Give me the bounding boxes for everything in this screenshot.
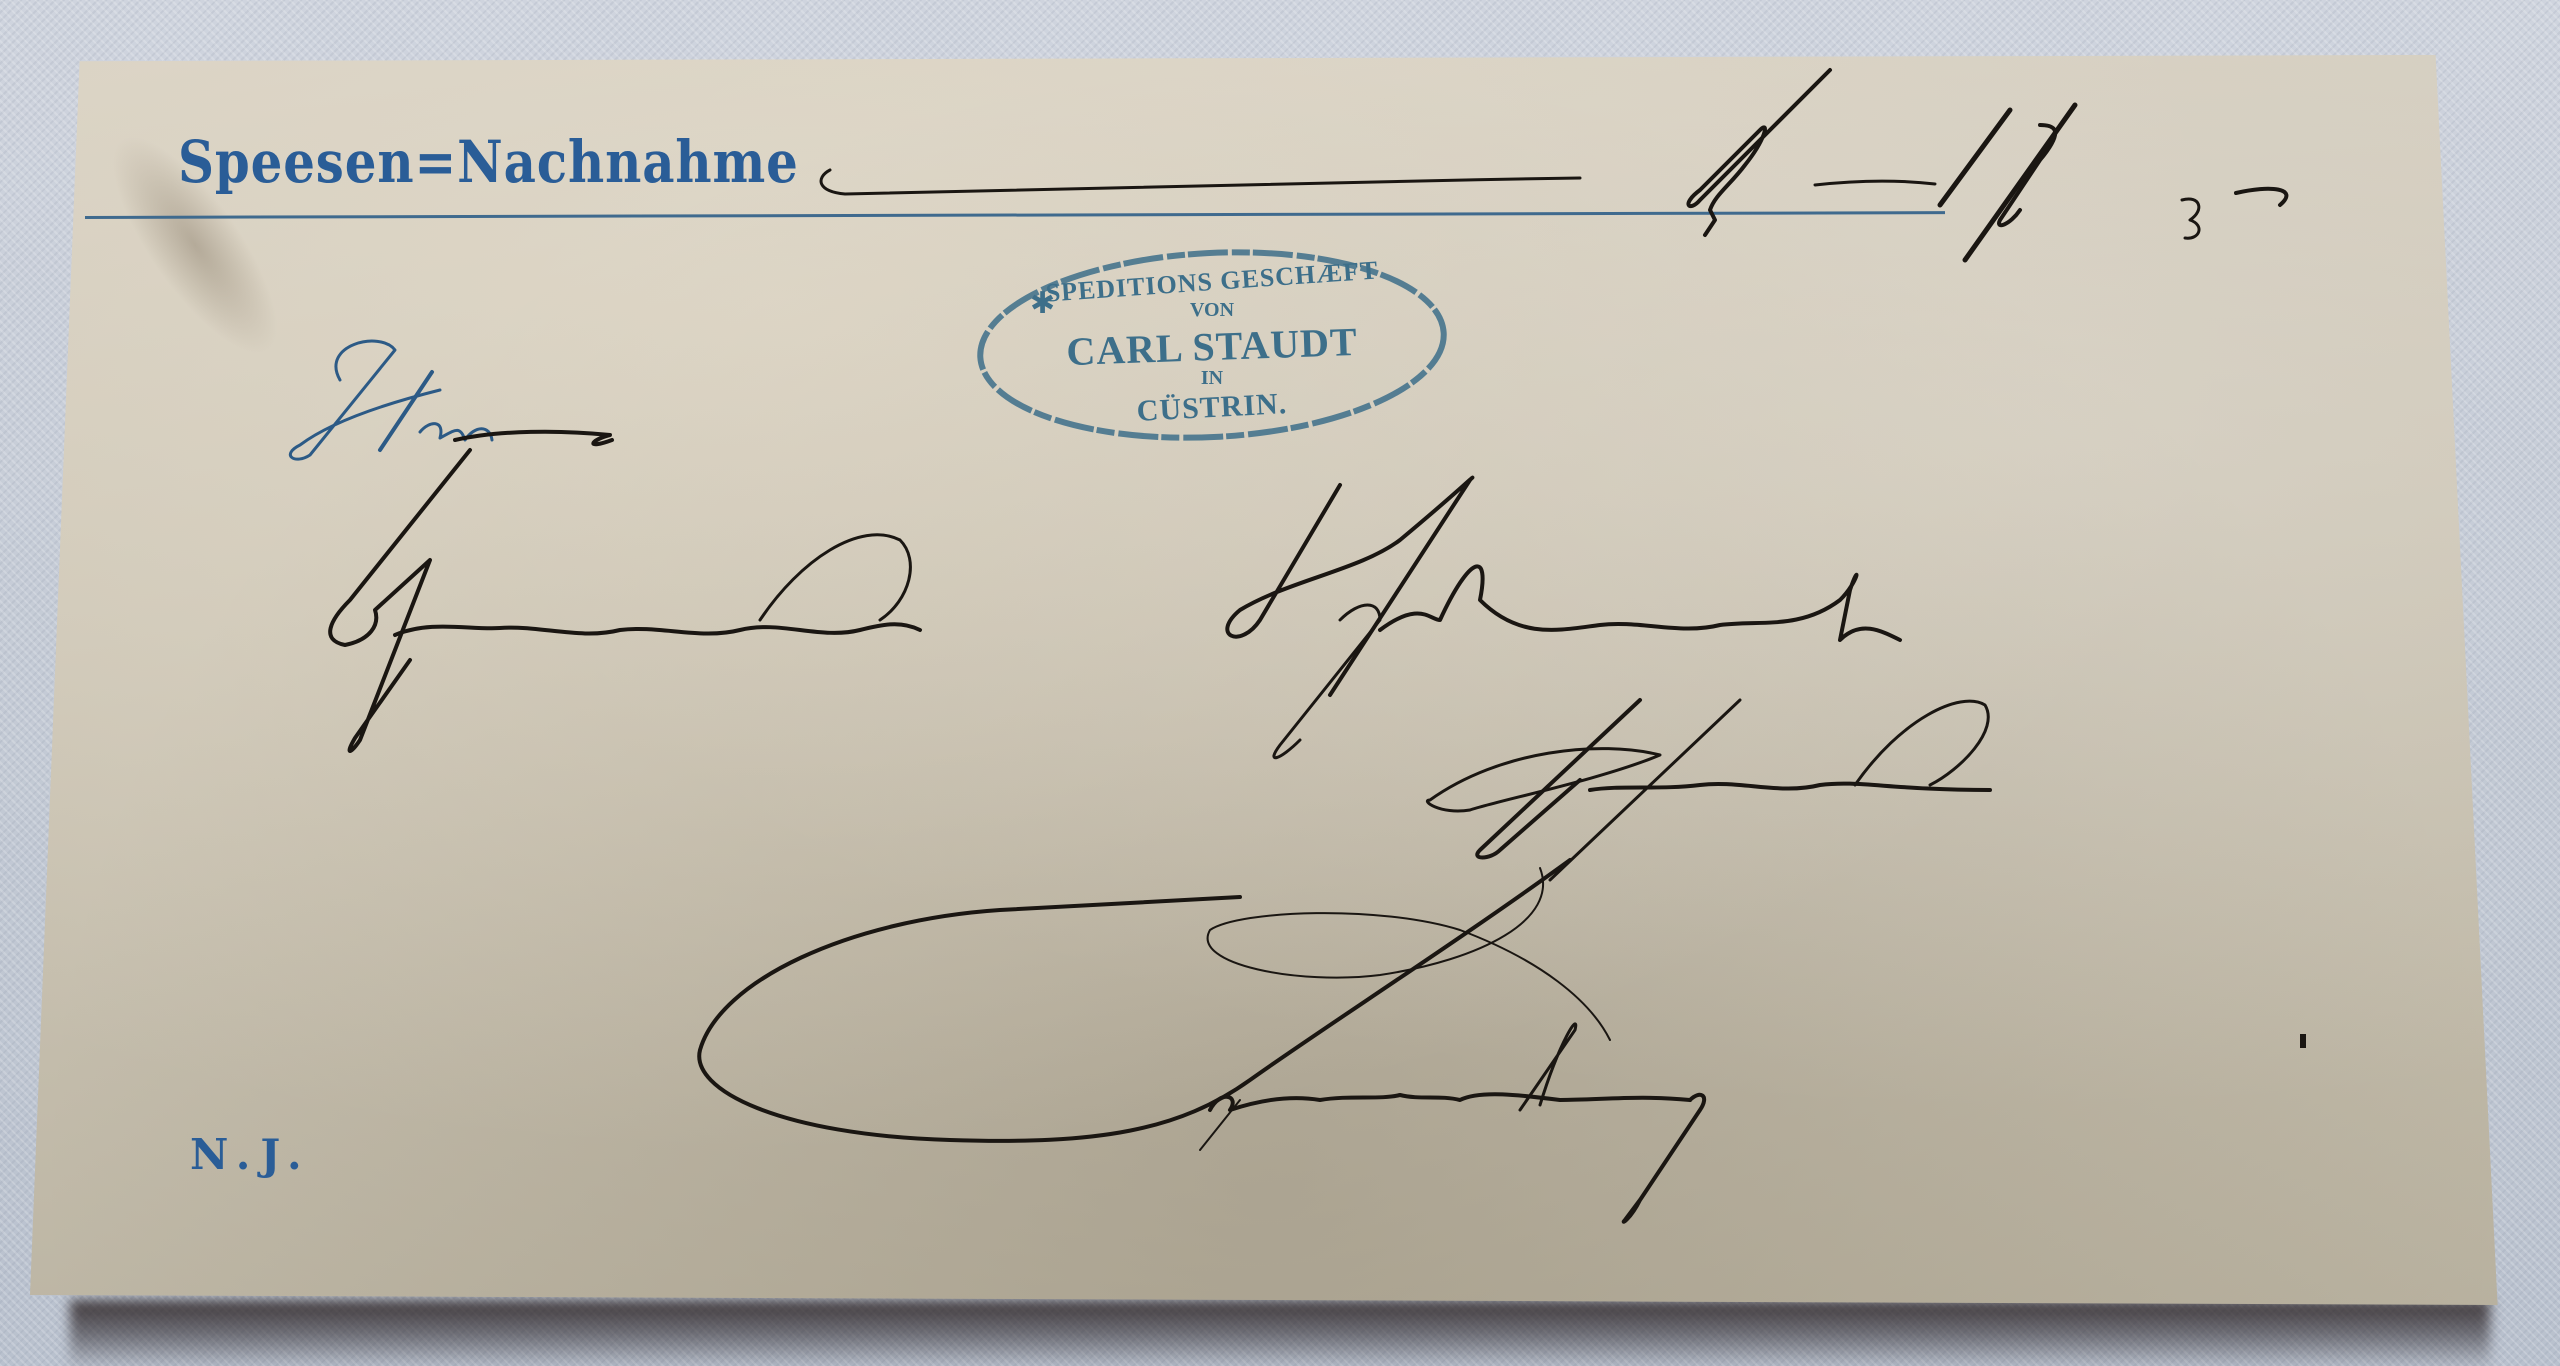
- currency-mark: [1688, 70, 1830, 235]
- amount-17: [1940, 110, 2010, 205]
- salutation-flourish: [290, 341, 440, 459]
- handwriting-layer: [0, 0, 2560, 1366]
- designation-flourish: [1427, 749, 1660, 811]
- ink-spot: [2300, 1034, 2306, 1048]
- title-flourish: [330, 450, 470, 751]
- name-flourish: [1227, 478, 1472, 696]
- header-flourish: [821, 170, 1580, 194]
